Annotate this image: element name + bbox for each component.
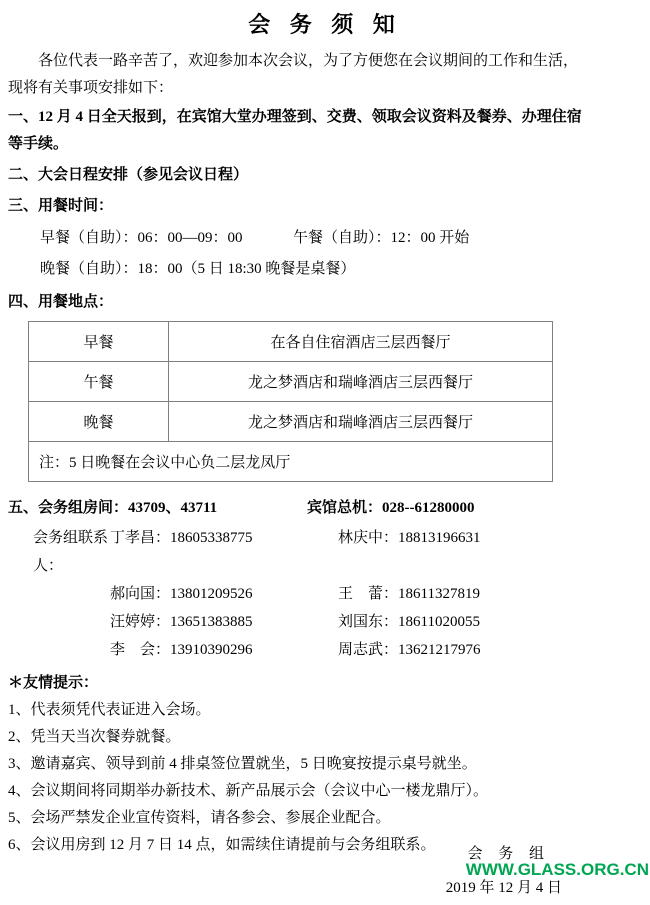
contact-entry: 李 会：13910390296 xyxy=(110,636,338,664)
table-row: 早餐 在各自住宿酒店三层西餐厅 xyxy=(29,322,553,362)
hotel-switchboard: 宾馆总机：028--61280000 xyxy=(307,494,475,522)
meal-location-table: 早餐 在各自住宿酒店三层西餐厅 午餐 龙之梦酒店和瑞峰酒店三层西餐厅 晚餐 龙之… xyxy=(28,321,553,482)
contact-entry: 汪婷婷：13651383885 xyxy=(110,608,338,636)
tip-item-5: 5、会场严禁发企业宣传资料，请各参会、参展企业配合。 xyxy=(8,805,642,832)
meal-place-cell: 龙之梦酒店和瑞峰酒店三层西餐厅 xyxy=(169,362,553,402)
tip-item-3: 3、邀请嘉宾、领导到前 4 排桌签位置就坐，5 日晚宴按提示桌号就坐。 xyxy=(8,751,642,778)
meal-name-cell: 午餐 xyxy=(29,362,169,402)
conference-notice-document: 会 务 须 知 各位代表一路辛苦了，欢迎参加本次会议，为了方便您在会议期间的工作… xyxy=(0,0,650,905)
contact-label-spacer xyxy=(8,636,110,664)
contact-list-label: 会务组联系人： xyxy=(8,524,110,580)
page-title: 会 务 须 知 xyxy=(8,8,642,42)
contact-label-spacer xyxy=(8,580,110,608)
contact-row: 汪婷婷：13651383885 刘国东：18611020055 xyxy=(8,608,642,636)
section-1-line-1: 一、12 月 4 日全天报到，在宾馆大堂办理签到、交费、领取会议资料及餐券、办理… xyxy=(8,104,642,131)
contact-entry: 周志武：13621217976 xyxy=(338,636,481,664)
glass-org-watermark: WWW.GLASS.ORG.CN xyxy=(466,860,649,880)
committee-rooms: 五、会务组房间：43709、43711 xyxy=(8,494,307,522)
tip-item-1: 1、代表须凭代表证进入会场。 xyxy=(8,697,642,724)
contact-entry: 王 蕾：18611327819 xyxy=(338,580,480,608)
contact-entry: 丁孝昌：18605338775 xyxy=(110,524,338,580)
tip-item-4: 4、会议期间将同期举办新技术、新产品展示会（会议中心一楼龙鼎厅）。 xyxy=(8,778,642,805)
contact-row: 郝向国：13801209526 王 蕾：18611327819 xyxy=(8,580,642,608)
tips-header: ＊友情提示： xyxy=(8,670,642,697)
contact-entry: 刘国东：18611020055 xyxy=(338,608,480,636)
contact-row: 李 会：13910390296 周志武：13621217976 xyxy=(8,636,642,664)
meal-place-cell: 龙之梦酒店和瑞峰酒店三层西餐厅 xyxy=(169,402,553,442)
breakfast-time: 早餐（自助）：06：00—09：00 xyxy=(40,224,293,252)
tip-item-2: 2、凭当天当次餐券就餐。 xyxy=(8,724,642,751)
table-note-cell: 注：5 日晚餐在会议中心负二层龙凤厅 xyxy=(29,442,553,482)
section-4-meal-locations-header: 四、用餐地点： xyxy=(8,289,642,316)
table-row: 午餐 龙之梦酒店和瑞峰酒店三层西餐厅 xyxy=(29,362,553,402)
intro-line-1: 各位代表一路辛苦了，欢迎参加本次会议，为了方便您在会议期间的工作和生活， xyxy=(8,48,642,75)
meal-place-cell: 在各自住宿酒店三层西餐厅 xyxy=(169,322,553,362)
document-footer: 会 务 组 WWW.GLASS.ORG.CN 2019 年 12 月 4 日 xyxy=(0,844,650,905)
table-note-row: 注：5 日晚餐在会议中心负二层龙凤厅 xyxy=(29,442,553,482)
dinner-time: 晚餐（自助）：18：00（5 日 18:30 晚餐是桌餐） xyxy=(40,255,642,283)
contact-entry: 林庆中：18813196631 xyxy=(338,524,481,580)
section-1-line-2: 等手续。 xyxy=(8,131,642,158)
section-2-agenda: 二、大会日程安排（参见会议日程） xyxy=(8,162,642,189)
meal-name-cell: 晚餐 xyxy=(29,402,169,442)
intro-line-2: 现将有关事项安排如下： xyxy=(8,75,642,102)
section-1-registration: 一、12 月 4 日全天报到，在宾馆大堂办理签到、交费、领取会议资料及餐券、办理… xyxy=(8,104,642,158)
contact-entry: 郝向国：13801209526 xyxy=(110,580,338,608)
intro-paragraph: 各位代表一路辛苦了，欢迎参加本次会议，为了方便您在会议期间的工作和生活， 现将有… xyxy=(8,48,642,102)
lunch-time: 午餐（自助）：12：00 开始 xyxy=(293,230,469,246)
contact-row: 会务组联系人： 丁孝昌：18605338775 林庆中：18813196631 xyxy=(8,524,642,580)
contact-label-spacer xyxy=(8,608,110,636)
meal-times-line-1: 早餐（自助）：06：00—09：00午餐（自助）：12：00 开始 xyxy=(40,224,642,252)
contact-list: 会务组联系人： 丁孝昌：18605338775 林庆中：18813196631 … xyxy=(8,524,642,664)
table-row: 晚餐 龙之梦酒店和瑞峰酒店三层西餐厅 xyxy=(29,402,553,442)
section-3-meal-times-header: 三、用餐时间： xyxy=(8,193,642,220)
meal-name-cell: 早餐 xyxy=(29,322,169,362)
section-5-rooms: 五、会务组房间：43709、43711 宾馆总机：028--61280000 xyxy=(8,494,642,522)
